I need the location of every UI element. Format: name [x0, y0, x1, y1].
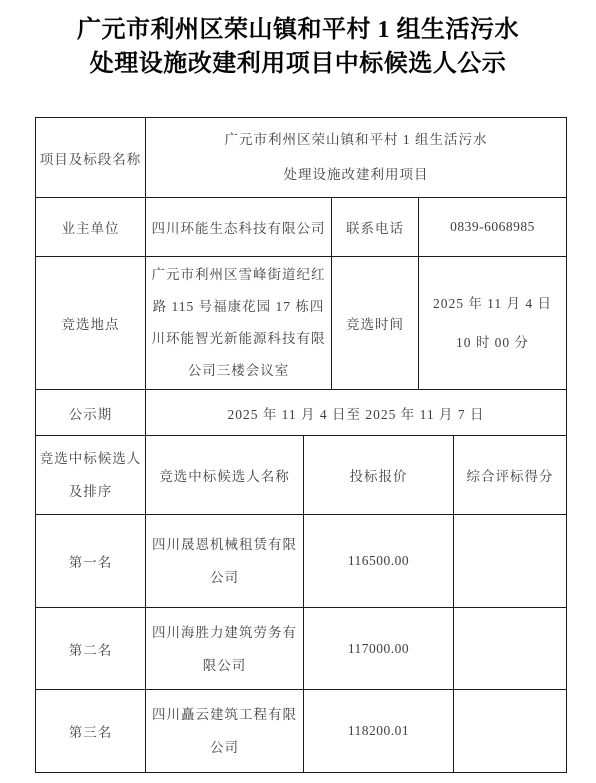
- project-value-line2: 处理设施改建利用项目: [284, 158, 429, 192]
- candidate-3-name: 四川矗云建筑工程有限公司: [149, 698, 300, 764]
- table-row-project: 项目及标段名称 广元市利州区荣山镇和平村 1 组生活污水 处理设施改建利用项目: [36, 118, 567, 198]
- project-value-line1: 广元市利州区荣山镇和平村 1 组生活污水: [225, 123, 488, 157]
- table-row-owner: 业主单位 四川环能生态科技有限公司 联系电话 0839-6068985: [36, 198, 567, 257]
- time-label-cell: 竞选时间: [332, 257, 419, 390]
- table-row-candidate-2: 第二名 四川海胜力建筑劳务有限公司 117000.00: [36, 608, 567, 690]
- publicity-label-cell: 公示期: [36, 390, 146, 436]
- table-row-candidates-header: 竞选中标候选人 及排序 竞选中标候选人名称 投标报价 综合评标得分: [36, 436, 567, 515]
- header-rank-line2: 及排序: [69, 475, 113, 508]
- owner-label-cell: 业主单位: [36, 198, 146, 257]
- table-row-publicity: 公示期 2025 年 11 月 4 日至 2025 年 11 月 7 日: [36, 390, 567, 436]
- page-title: 广元市利州区荣山镇和平村 1 组生活污水 处理设施改建利用项目中标候选人公示: [0, 13, 596, 81]
- project-label-cell: 项目及标段名称: [36, 118, 146, 198]
- header-rank-line1: 竞选中标候选人: [40, 442, 142, 475]
- time-value-line2: 10 时 00 分: [456, 323, 529, 362]
- candidate-1-score: [454, 515, 567, 608]
- candidate-2-name-cell: 四川海胜力建筑劳务有限公司: [146, 608, 304, 690]
- venue-label-cell: 竞选地点: [36, 257, 146, 390]
- venue-value-cell: 广元市利州区雪峰街道纪红路 115 号福康花园 17 栋四川环能智光新能源科技有…: [146, 257, 332, 390]
- candidate-1-name: 四川晟恩机械租赁有限公司: [149, 528, 300, 594]
- phone-value-cell: 0839-6068985: [419, 198, 567, 257]
- header-name-cell: 竞选中标候选人名称: [146, 436, 304, 515]
- candidate-1-name-cell: 四川晟恩机械租赁有限公司: [146, 515, 304, 608]
- candidate-3-price: 118200.01: [304, 690, 454, 773]
- candidate-2-score: [454, 608, 567, 690]
- phone-label-cell: 联系电话: [332, 198, 419, 257]
- header-rank-cell: 竞选中标候选人 及排序: [36, 436, 146, 515]
- table-row-candidate-3: 第三名 四川矗云建筑工程有限公司 118200.01: [36, 690, 567, 773]
- publicity-value-cell: 2025 年 11 月 4 日至 2025 年 11 月 7 日: [146, 390, 567, 436]
- page-title-line1: 广元市利州区荣山镇和平村 1 组生活污水: [0, 13, 596, 47]
- announcement-table: 项目及标段名称 广元市利州区荣山镇和平村 1 组生活污水 处理设施改建利用项目 …: [35, 117, 567, 773]
- candidate-2-price: 117000.00: [304, 608, 454, 690]
- owner-value-cell: 四川环能生态科技有限公司: [146, 198, 332, 257]
- table-row-candidate-1: 第一名 四川晟恩机械租赁有限公司 116500.00: [36, 515, 567, 608]
- time-value-line1: 2025 年 11 月 4 日: [433, 284, 552, 323]
- candidate-3-rank: 第三名: [36, 690, 146, 773]
- project-value-cell: 广元市利州区荣山镇和平村 1 组生活污水 处理设施改建利用项目: [146, 118, 567, 198]
- table-row-venue: 竞选地点 广元市利州区雪峰街道纪红路 115 号福康花园 17 栋四川环能智光新…: [36, 257, 567, 390]
- header-price-cell: 投标报价: [304, 436, 454, 515]
- candidate-3-name-cell: 四川矗云建筑工程有限公司: [146, 690, 304, 773]
- candidate-1-rank: 第一名: [36, 515, 146, 608]
- page-title-line2: 处理设施改建利用项目中标候选人公示: [0, 47, 596, 81]
- announcement-document: 广元市利州区荣山镇和平村 1 组生活污水 处理设施改建利用项目中标候选人公示 项…: [0, 0, 596, 783]
- candidate-2-rank: 第二名: [36, 608, 146, 690]
- candidate-3-score: [454, 690, 567, 773]
- time-value-cell: 2025 年 11 月 4 日 10 时 00 分: [419, 257, 567, 390]
- candidate-2-name: 四川海胜力建筑劳务有限公司: [149, 616, 300, 682]
- venue-value-text: 广元市利州区雪峰街道纪红路 115 号福康花园 17 栋四川环能智光新能源科技有…: [149, 259, 328, 388]
- candidate-1-price: 116500.00: [304, 515, 454, 608]
- header-score-cell: 综合评标得分: [454, 436, 567, 515]
